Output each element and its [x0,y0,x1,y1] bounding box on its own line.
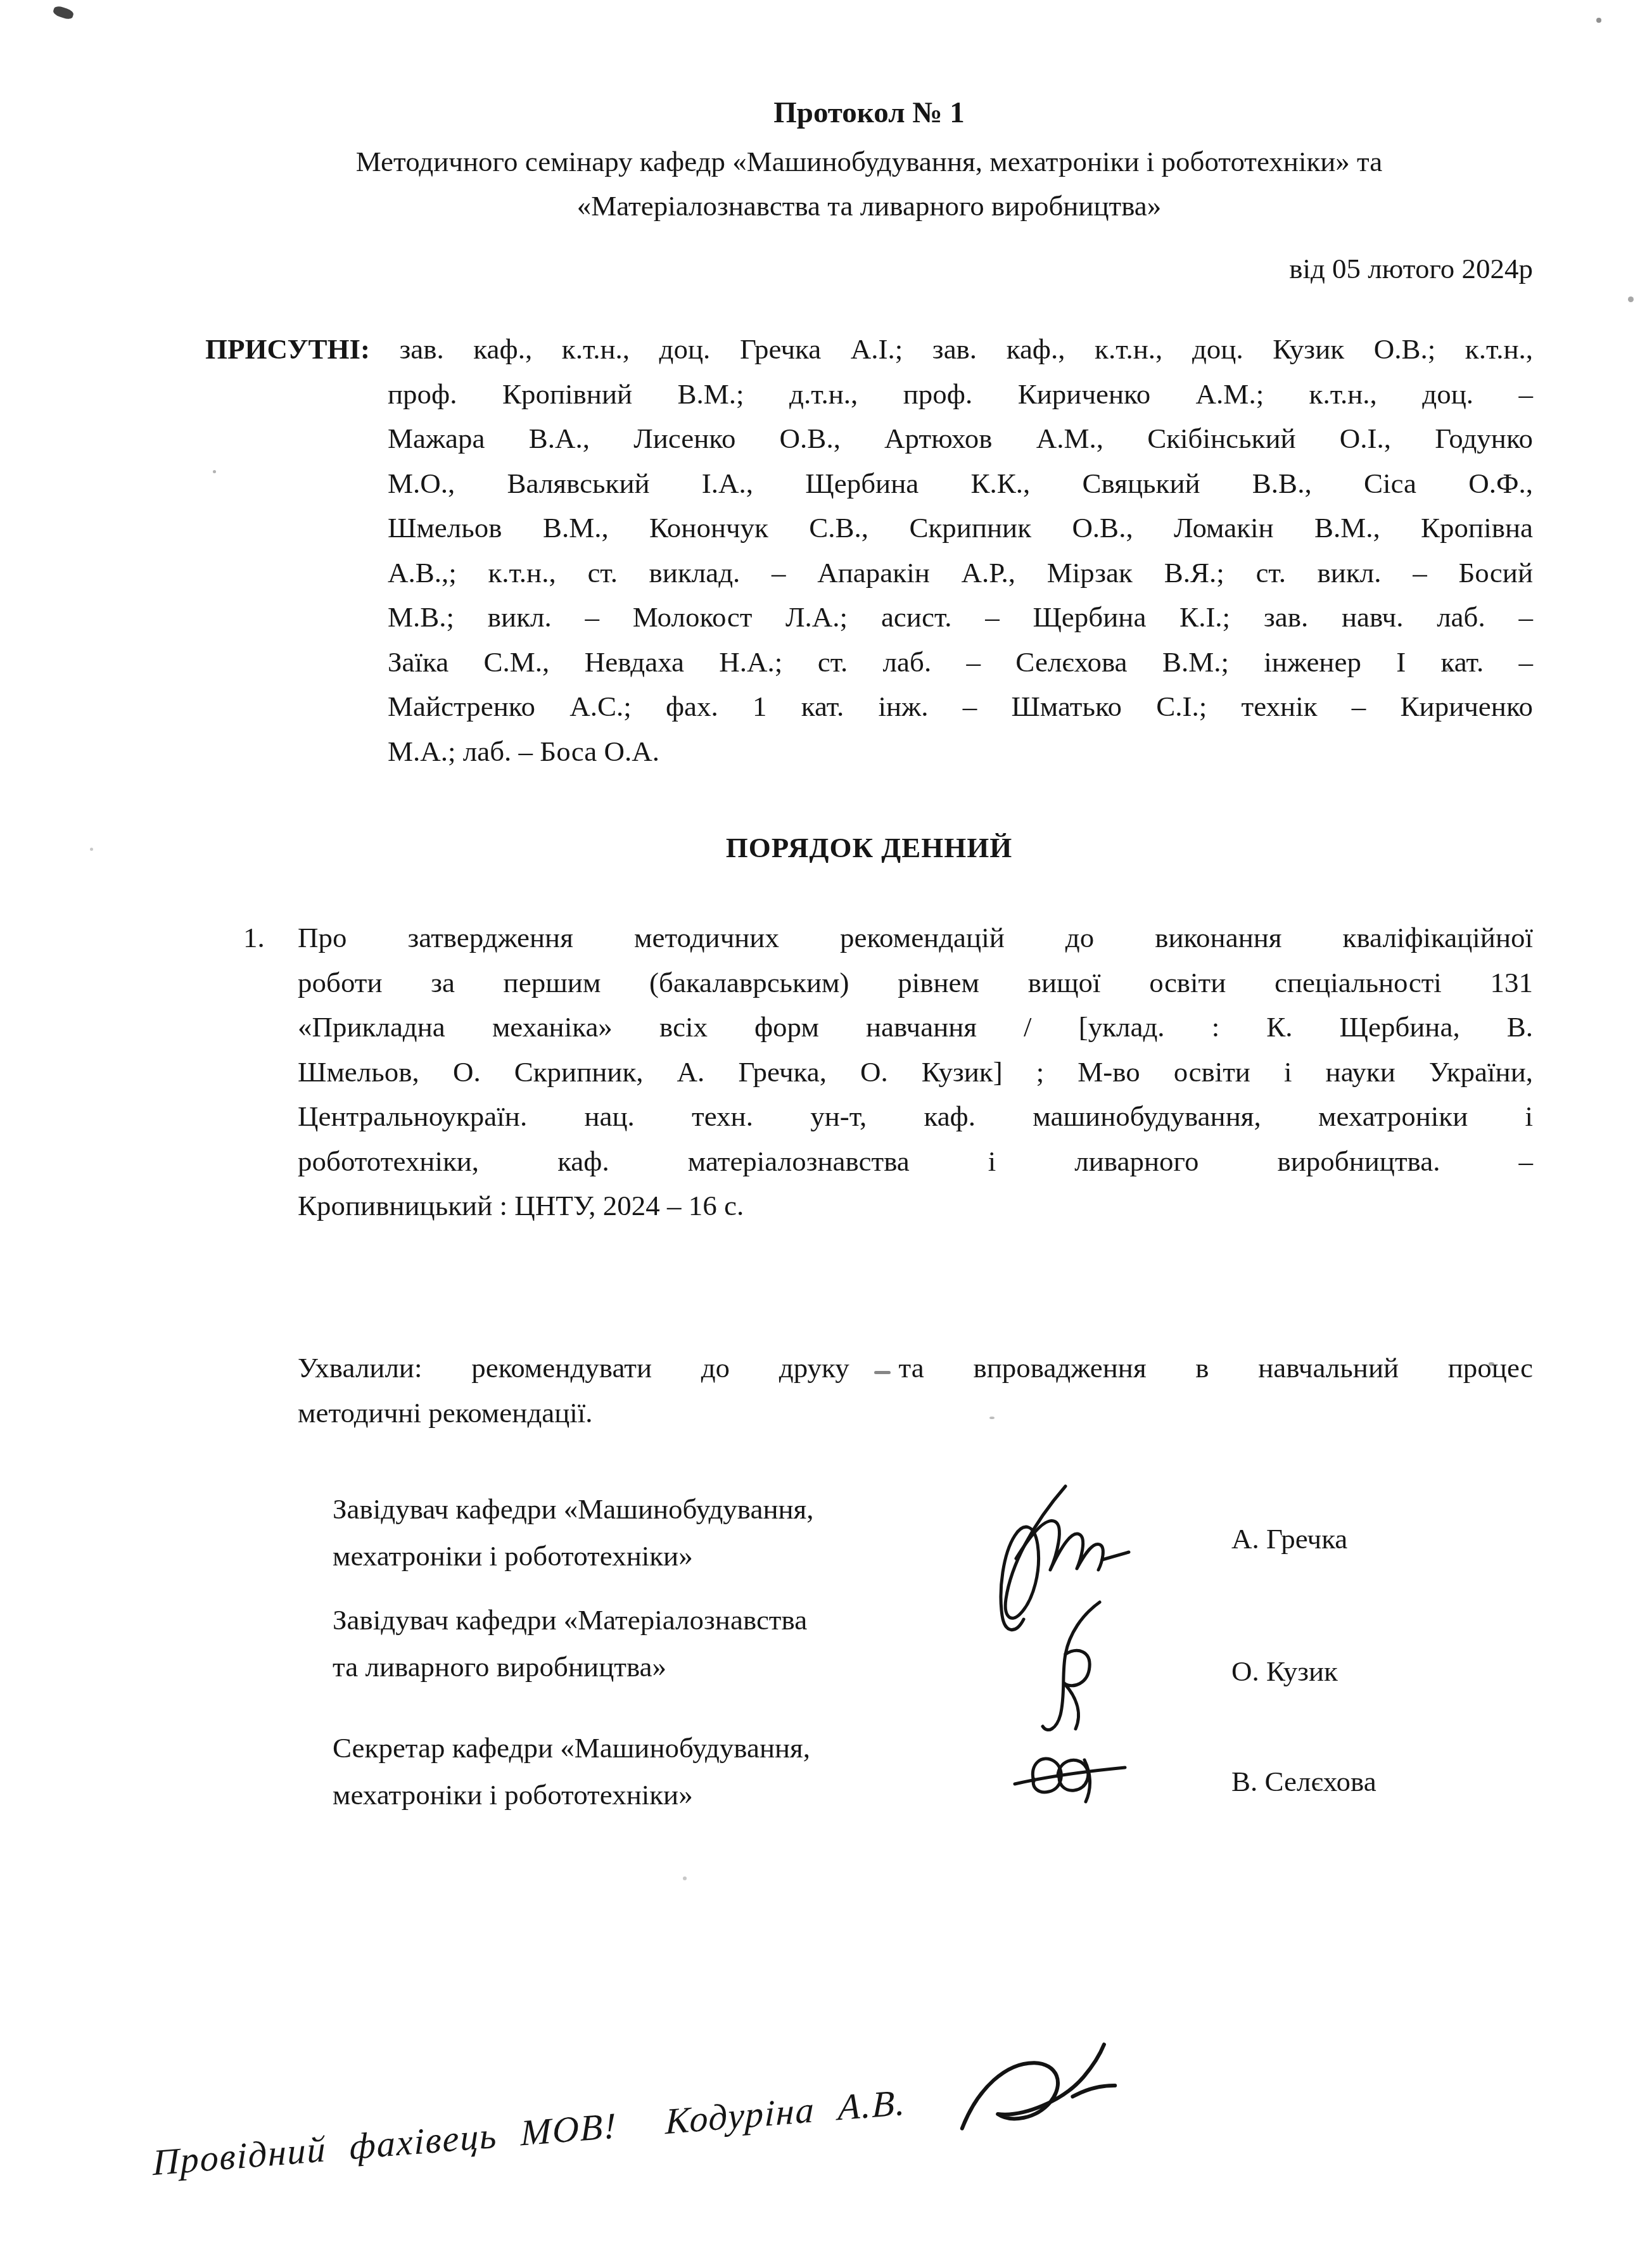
agenda-item-line: Про затвердження методичних рекомендацій… [298,915,1533,960]
attendees-line: Шмельов В.М., Конончук С.В., Скрипник О.… [205,506,1533,551]
document-subtitle: Методичного семінару кафедр «Машинобудув… [205,139,1533,228]
agenda-item-line: «Прикладна механіка» всіх форм навчання … [298,1005,1533,1050]
signature-row-secretary: Секретар кафедри «Машинобудування, мехат… [205,1724,1533,1818]
scan-noise-speck [1596,18,1601,23]
agenda-item-line: робототехніки, каф. матеріалознавства і … [298,1139,1533,1184]
page-title: Протокол № 1 [205,96,1533,129]
attendees-label: ПРИСУТНІ: [205,333,370,365]
scan-noise-speck [1489,1362,1494,1366]
resolution-line: методичні рекомендації. [298,1391,1533,1436]
agenda-heading: ПОРЯДОК ДЕННИЙ [205,831,1533,864]
attendees-line-text: зав. каф., к.т.н., доц. Гречка А.І.; зав… [400,333,1533,365]
attendees-line: Мажара В.А., Лисенко О.В., Артюхов А.М.,… [205,416,1533,461]
attendees-line: ПРИСУТНІ: зав. каф., к.т.н., доц. Гречка… [205,327,1533,372]
attendees-line: М.А.; лаб. – Боса О.А. [205,729,1533,774]
signer-role-line-2: мехатроніки і робототехніки» [333,1532,827,1579]
agenda-item-number: 1. [243,915,265,960]
subtitle-line-1: Методичного семінару кафедр «Машинобудув… [205,139,1533,184]
subtitle-line-2: «Матеріалознавства та ливарного виробниц… [205,184,1533,228]
scan-noise-speck [989,1417,995,1419]
signer-name: А. Гречка [1231,1522,1347,1555]
attendees-line: Майстренко А.С.; фах. 1 кат. інж. – Шмат… [205,684,1533,729]
signer-role-line-2: та ливарного виробництва» [333,1643,827,1690]
signer-name: В. Селєхова [1231,1765,1376,1798]
signer-role-line-1: Завідувач кафедри «Машинобудування, [333,1486,827,1532]
resolution-paragraph: Ухвалили: рекомендувати до друку та впро… [205,1346,1533,1435]
attendees-line: проф. Кропівний В.М.; д.т.н., проф. Кири… [205,372,1533,417]
signer-role-line-1: Секретар кафедри «Машинобудування, [333,1724,827,1771]
attendees-paragraph: ПРИСУТНІ: зав. каф., к.т.н., доц. Гречка… [205,327,1533,774]
handwritten-note-text: Провідний фахівець МОВ! [153,2105,618,2184]
signature-scribble [1029,1593,1136,1739]
scan-noise-speck [213,470,216,473]
handwritten-note-name: Кодуріна А.В. [665,2081,907,2143]
signature-row-head-machinebuilding: Завідувач кафедри «Машинобудування, меха… [205,1486,1533,1579]
signature-row-head-materials: Завідувач кафедри «Матеріалознавства та … [205,1596,1533,1690]
signer-name: О. Кузик [1231,1655,1338,1688]
scan-noise-speck [683,1876,687,1880]
resolution-line: Ухвалили: рекомендувати до друку та впро… [298,1346,1533,1391]
agenda-item-text: Про затвердження методичних рекомендацій… [298,915,1533,1228]
signer-role: Завідувач кафедри «Матеріалознавства та … [333,1596,827,1690]
scan-noise-speck [90,848,93,851]
scan-noise-speck [52,4,74,20]
document-page: Протокол № 1 Методичного семінару кафедр… [0,0,1640,2268]
signer-role: Секретар кафедри «Машинобудування, мехат… [333,1724,827,1818]
signer-role: Завідувач кафедри «Машинобудування, меха… [333,1486,827,1579]
signer-role-line-2: мехатроніки і робототехніки» [333,1771,827,1818]
agenda-item-line: Центральноукраїн. нац. техн. ун-т, каф. … [298,1094,1533,1139]
scan-noise-speck [1628,296,1634,302]
attendees-line: М.В.; викл. – Молокост Л.А.; асист. – Ще… [205,595,1533,640]
attendees-line: А.В.,; к.т.н., ст. виклад. – Апаракін А.… [205,551,1533,596]
scan-noise-speck [1446,668,1449,672]
document-date: від 05 лютого 2024р [205,252,1533,285]
agenda-item-line: Кропивницький : ЦНТУ, 2024 – 16 с. [298,1183,1533,1228]
handwritten-note: Провідний фахівець МОВ! Кодуріна А.В. [149,2001,1584,2217]
agenda-item-1: 1. Про затвердження методичних рекоменда… [205,915,1533,1228]
handwritten-signature-scribble [944,2038,1129,2153]
attendees-line: Заїка С.М., Невдаха Н.А.; ст. лаб. – Сел… [205,640,1533,685]
resolution-body: Ухвалили: рекомендувати до друку та впро… [298,1346,1533,1435]
agenda-item-line: Шмельов, О. Скрипник, А. Гречка, О. Кузи… [298,1050,1533,1095]
scan-noise-speck [874,1371,891,1374]
agenda-item-line: роботи за першим (бакалаврським) рівнем … [298,960,1533,1005]
signer-role-line-1: Завідувач кафедри «Матеріалознавства [333,1596,827,1643]
attendees-line: М.О., Валявський І.А., Щербина К.К., Свя… [205,461,1533,506]
signature-scribble [1010,1742,1130,1812]
